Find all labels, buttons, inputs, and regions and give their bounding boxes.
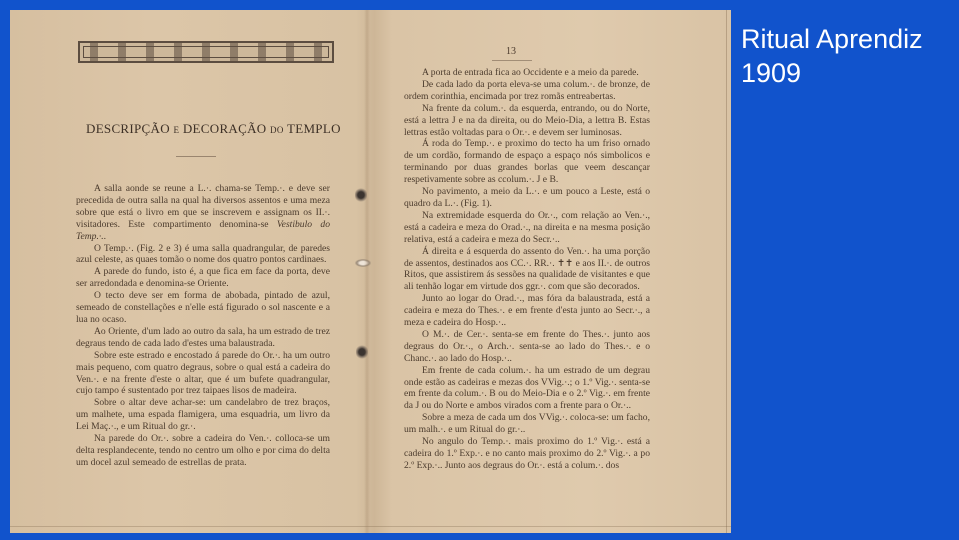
decorative-ornament-band [78,41,334,63]
paragraph: Á roda do Temp.·. e proximo do tecto ha … [404,138,650,186]
page-edge [10,526,731,527]
binding-hole [355,259,371,267]
paragraph: Sobre o altar deve achar-se: um candelab… [76,397,330,433]
paragraph: Sobre este estrado e encostado á parede … [76,350,330,398]
paragraph: A porta de entrada fica ao Occidente e a… [404,67,650,79]
paragraph: Sobre a meza de cada um dos VVig.·. colo… [404,412,650,436]
page-number: 13 [506,46,516,57]
left-page-body: A salla aonde se reune a L.·. chama-se T… [76,183,330,469]
paragraph: A salla aonde se reune a L.·. chama-se T… [76,183,330,243]
paragraph: Na frente da colum.·. da esquerda, entra… [404,103,650,139]
chapter-title-word: DESCRIPÇÃO [86,121,170,136]
paragraph: Junto ao logar do Orad.·., mas fóra da b… [404,293,650,329]
binding-hole [355,188,367,202]
paragraph: Ao Oriente, d'um lado ao outro da sala, … [76,326,330,350]
paragraph: Á direita e á esquerda do assento do Ven… [404,246,650,294]
binding-hole [356,345,368,359]
slide-title-line1: Ritual Aprendiz [741,22,956,56]
section-divider [176,156,216,157]
paragraph: No angulo do Temp.·. mais proximo do 1.º… [404,436,650,472]
page-number-rule [492,60,532,61]
chapter-title: DESCRIPÇÃO E DECORAÇÃO DO TEMPLO [86,121,336,137]
slide-title: Ritual Aprendiz 1909 [741,22,956,90]
chapter-title-word: TEMPLO [287,121,341,136]
paragraph: O tecto deve ser em forma de abobada, pi… [76,290,330,326]
paragraph: De cada lado da porta eleva-se uma colum… [404,79,650,103]
paragraph: Na extremidade esquerda do Or.·., com re… [404,210,650,246]
scanned-book-spread: DESCRIPÇÃO E DECORAÇÃO DO TEMPLO A salla… [10,10,731,533]
chapter-title-connector: E [173,125,179,135]
paragraph: No pavimento, a meio da L.·. e um pouco … [404,186,650,210]
paragraph: A parede do fundo, isto é, a que fica em… [76,266,330,290]
paragraph: O Temp.·. (Fig. 2 e 3) é uma salla quadr… [76,243,330,267]
paragraph: Na parede do Or.·. sobre a cadeira do Ve… [76,433,330,469]
right-page-body: A porta de entrada fica ao Occidente e a… [404,67,650,472]
page-edge [726,10,727,533]
paragraph: Em frente de cada colum.·. ha um estrado… [404,365,650,413]
chapter-title-connector: DO [270,125,284,135]
chapter-title-word: DECORAÇÃO [183,121,267,136]
paragraph: O M.·. de Cer.·. senta-se em frente do T… [404,329,650,365]
slide-title-line2: 1909 [741,56,956,90]
